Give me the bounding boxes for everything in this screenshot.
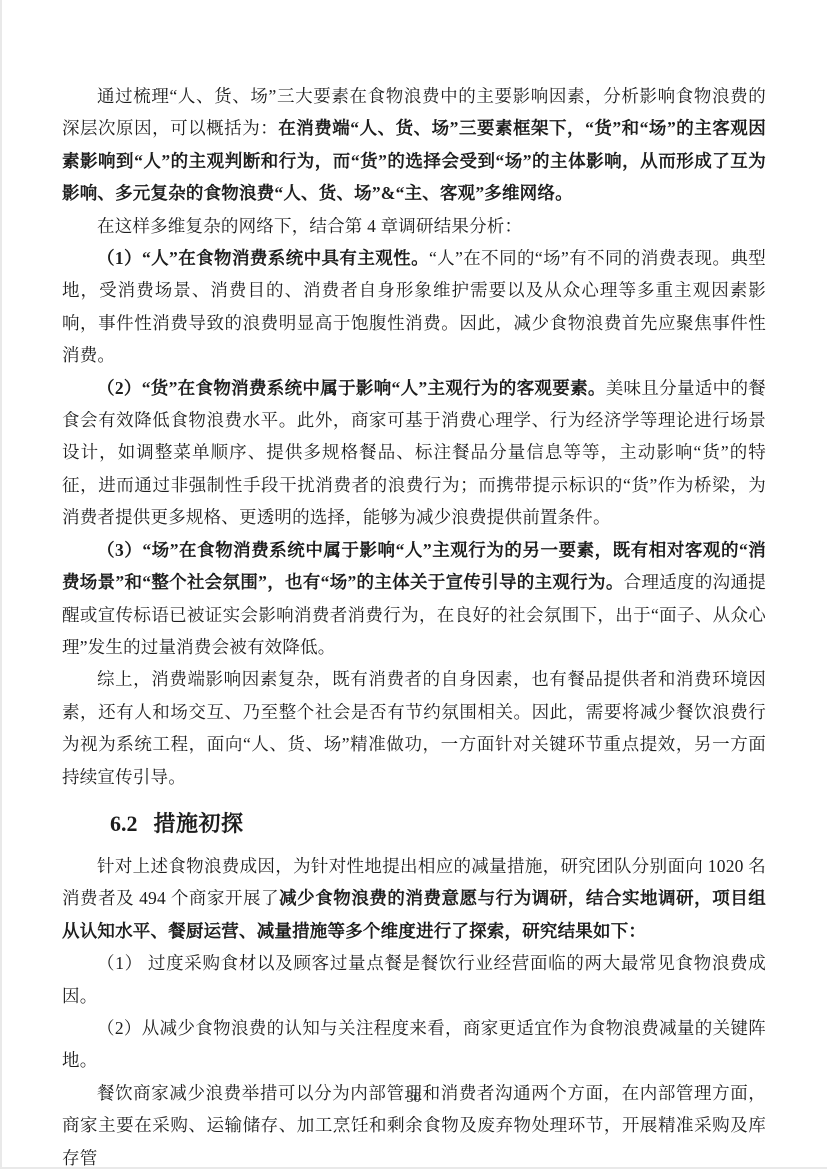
document-body: 通过梳理“人、货、场”三大要素在食物浪费中的主要影响因素，分析影响食物浪费的深层… xyxy=(62,80,766,1169)
paragraph: （1）“人”在食物消费系统中具有主观性。“人”在不同的“场”有不同的消费表现。典… xyxy=(62,242,766,372)
page-number: 30 xyxy=(406,1090,421,1106)
paragraph: （2）从减少食物浪费的认知与关注程度来看，商家更适宜作为食物浪费减量的关键阵地。 xyxy=(62,1012,766,1077)
paragraph: 针对上述食物浪费成因，为针对性地提出相应的减量措施，研究团队分别面向 1020 … xyxy=(62,850,766,947)
text-run: 美味且分量适中的餐食会有效降低食物浪费水平。此外，商家可基于消费心理学、行为经济… xyxy=(62,378,766,528)
text-run: （1）“人”在食物消费系统中具有主观性。 xyxy=(97,248,429,268)
section-number: 6.2 xyxy=(110,811,138,836)
section-title: 措施初探 xyxy=(154,811,244,836)
document-page: 通过梳理“人、货、场”三大要素在食物浪费中的主要影响因素，分析影响食物浪费的深层… xyxy=(0,0,827,1169)
text-run: 综上，消费端影响因素复杂，既有消费者的自身因素，也有餐品提供者和消费环境因素，还… xyxy=(62,669,766,786)
text-run: （1） 过度采购食材以及顾客过量点餐是餐饮行业经营面临的两大最常见食物浪费成因。 xyxy=(62,953,766,1005)
paragraph: 综上，消费端影响因素复杂，既有消费者的自身因素，也有餐品提供者和消费环境因素，还… xyxy=(62,663,766,793)
paragraph: （2）“货”在食物消费系统中属于影响“人”主观行为的客观要素。美味且分量适中的餐… xyxy=(62,372,766,534)
section-heading: 6.2措施初探 xyxy=(62,809,766,839)
paragraph: 在这样多维复杂的网络下，结合第 4 章调研结果分析： xyxy=(62,210,766,242)
paragraph: 通过梳理“人、货、场”三大要素在食物浪费中的主要影响因素，分析影响食物浪费的深层… xyxy=(62,80,766,210)
page-footer: 30 xyxy=(0,1088,827,1108)
text-run: （2）从减少食物浪费的认知与关注程度来看，商家更适宜作为食物浪费减量的关键阵地。 xyxy=(62,1018,766,1070)
paragraph: （1） 过度采购食材以及顾客过量点餐是餐饮行业经营面临的两大最常见食物浪费成因。 xyxy=(62,947,766,1012)
text-run: （2）“货”在食物消费系统中属于影响“人”主观行为的客观要素。 xyxy=(97,378,606,398)
paragraph: （3）“场”在食物消费系统中属于影响“人”主观行为的另一要素，既有相对客观的“消… xyxy=(62,534,766,664)
text-run: 在这样多维复杂的网络下，结合第 4 章调研结果分析： xyxy=(97,216,522,236)
